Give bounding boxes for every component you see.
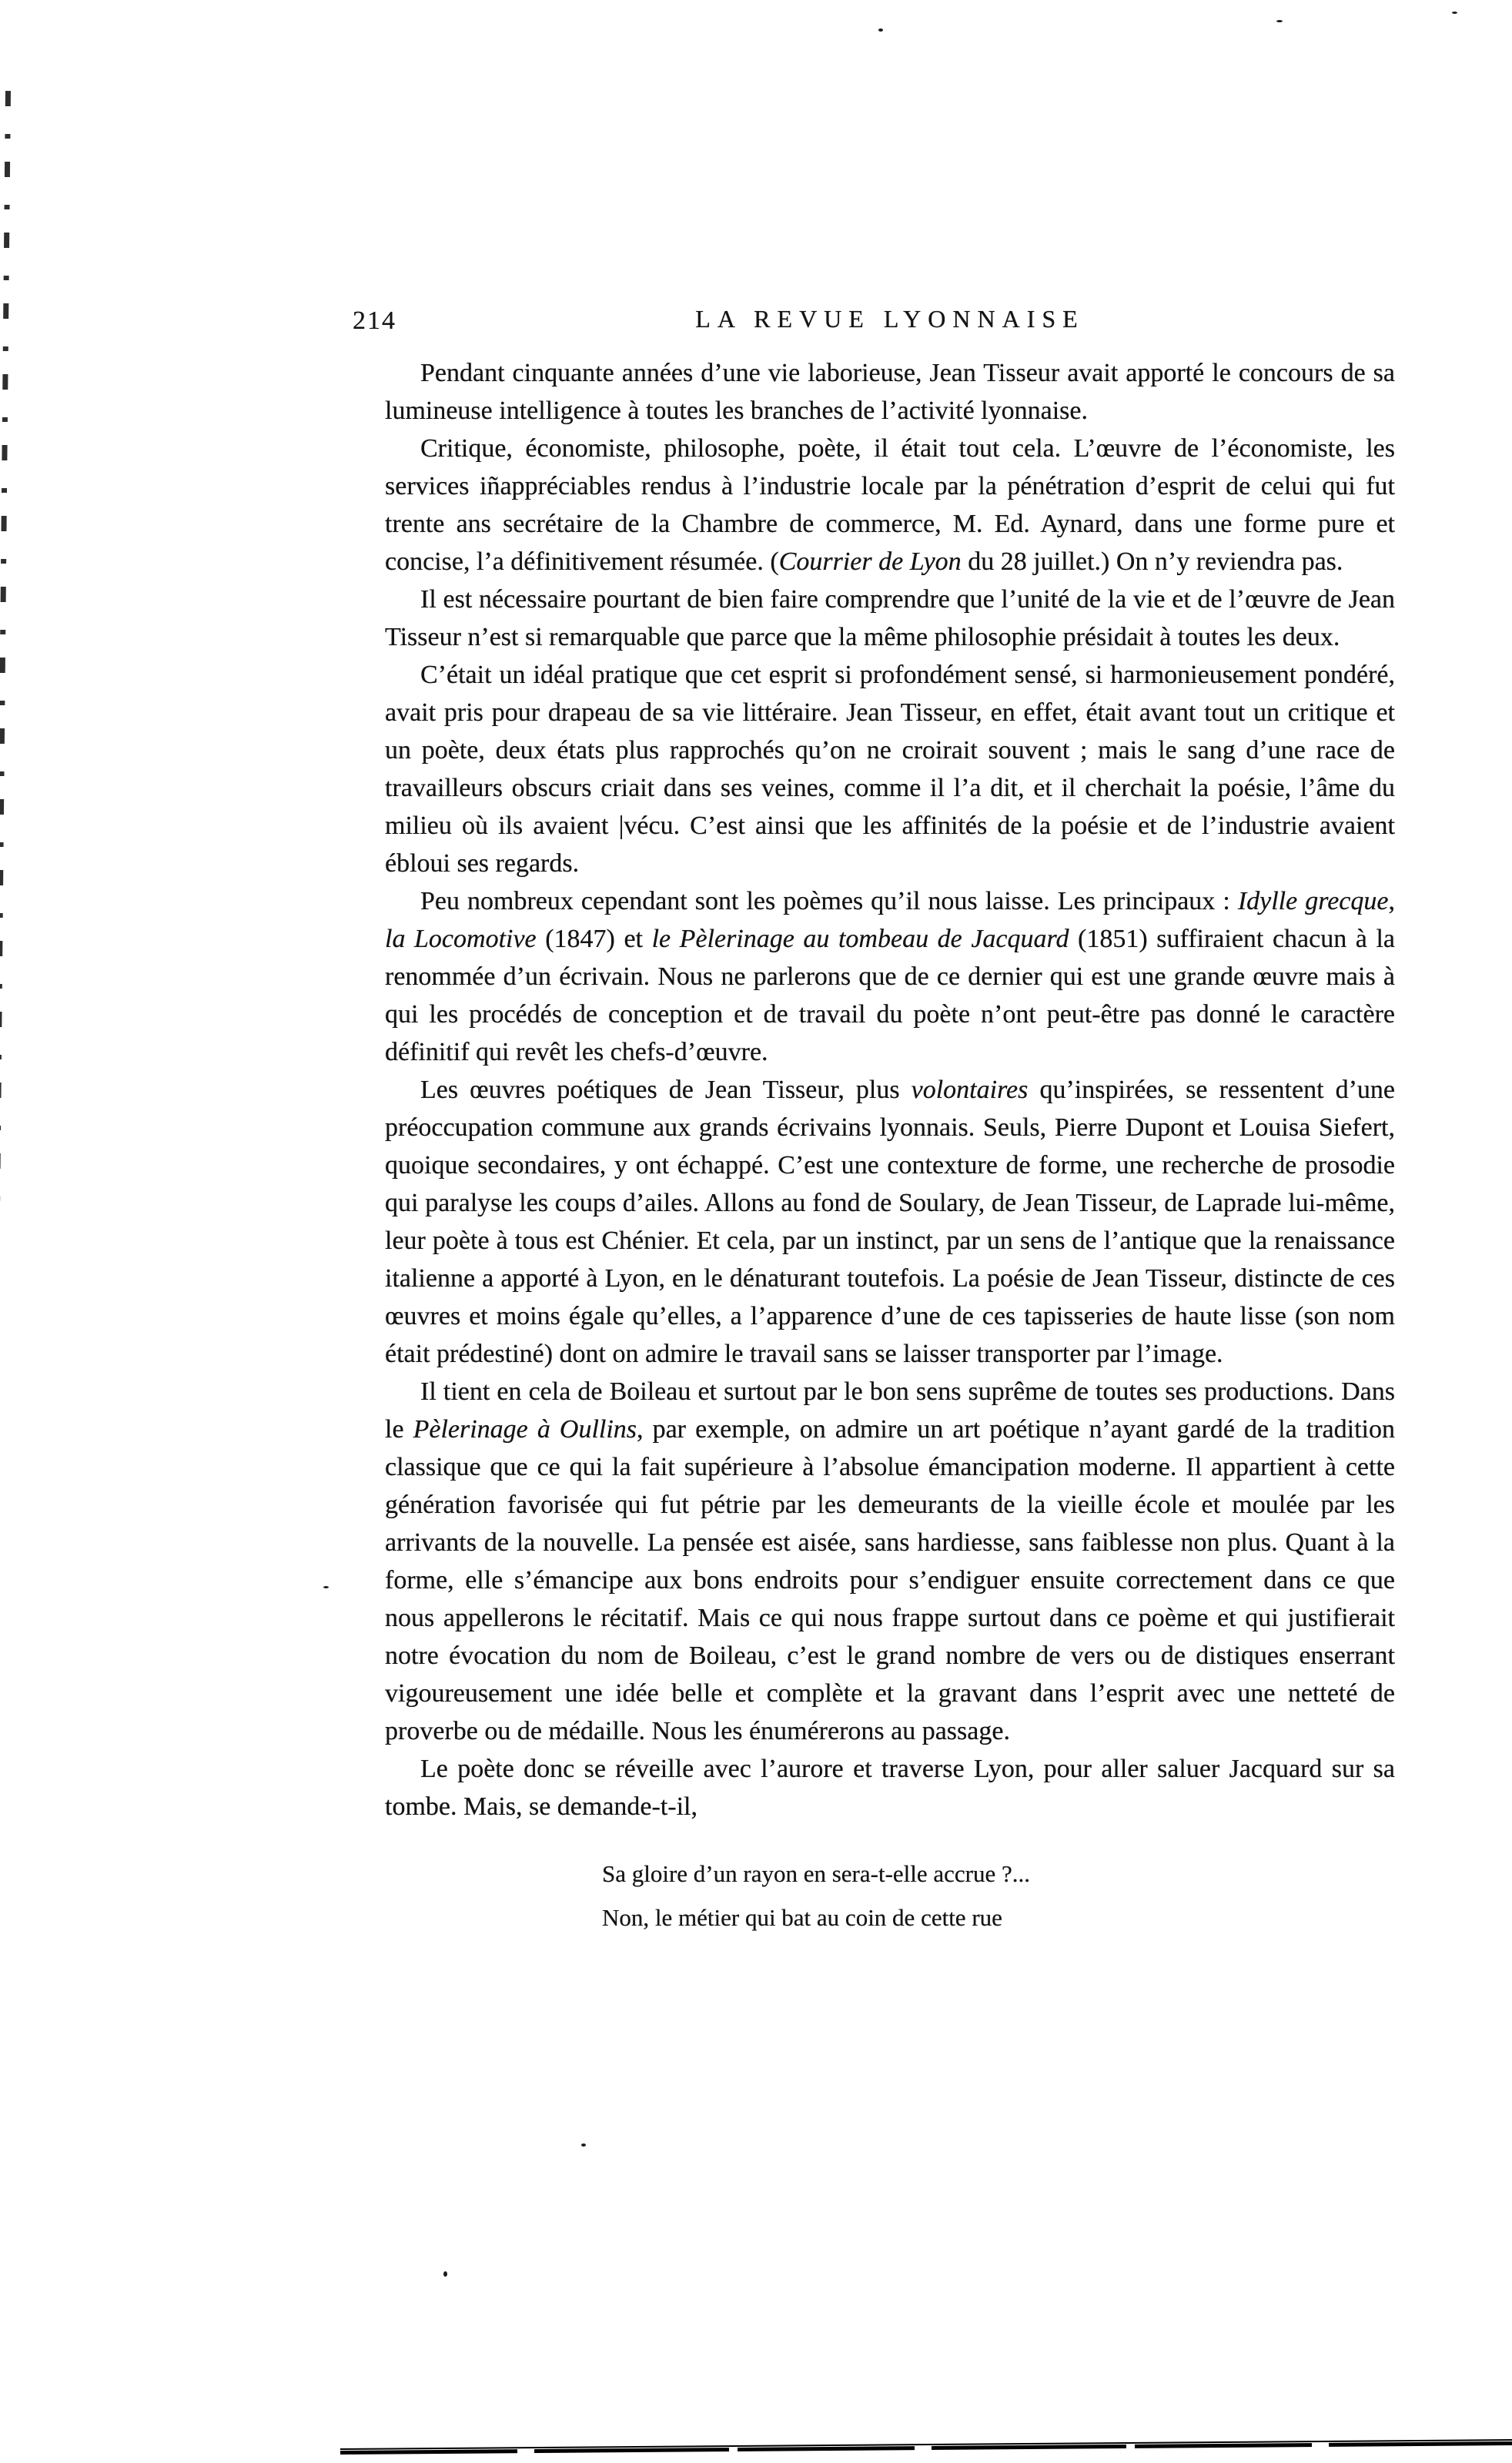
italic-text-run: la Locomotive <box>385 925 537 953</box>
left-margin-scan-artifact <box>0 91 11 2385</box>
text-run: (1847) et <box>537 925 652 953</box>
italic-text-run: Pèlerinage à Oullins <box>413 1415 637 1444</box>
paragraph: Le poète donc se réveille avec l’aurore … <box>385 1750 1395 1825</box>
running-head-title: LA REVUE LYONNAISE <box>385 305 1395 333</box>
text-run: qu’inspirées, se ressentent d’une préocc… <box>385 1076 1395 1368</box>
text-run: C’était un idéal pratique que cet esprit… <box>385 661 1395 878</box>
text-run: du 28 juillet.) On n’y reviendra pas. <box>962 547 1343 576</box>
italic-text-run: le Pèlerinage au tombeau de Jacquard <box>652 925 1069 953</box>
text-run: Pendant cinquante années d’une vie labor… <box>385 359 1395 425</box>
text-run: Il est nécessaire pourtant de bien faire… <box>385 585 1395 651</box>
text-run: Les œuvres poétiques de Jean Tisseur, pl… <box>420 1076 912 1104</box>
italic-text-run: Idylle grecque <box>1238 887 1389 915</box>
paragraph: Peu nombreux cependant sont les poèmes q… <box>385 882 1395 1071</box>
paragraph: C’était un idéal pratique que cet esprit… <box>385 656 1395 882</box>
scan-speck <box>443 2271 447 2277</box>
verse-block: Sa gloire d’un rayon en sera-t-elle accr… <box>602 1852 1395 1939</box>
text-run: , par exemple, on admire un art poétique… <box>385 1415 1395 1745</box>
scan-speck <box>581 2143 586 2147</box>
verse-line: Sa gloire d’un rayon en sera-t-elle accr… <box>602 1852 1395 1896</box>
text-run: Le poète donc se réveille avec l’aurore … <box>385 1755 1395 1821</box>
text-run: , <box>1389 887 1396 915</box>
paragraph: Critique, économiste, philosophe, poète,… <box>385 430 1395 581</box>
bottom-edge-scan-artifact <box>340 2439 1512 2455</box>
paragraph: Il tient en cela de Boileau et surtout p… <box>385 1373 1395 1750</box>
paragraph: Les œuvres poétiques de Jean Tisseur, pl… <box>385 1071 1395 1373</box>
scan-speck <box>1276 20 1283 22</box>
scan-speck <box>323 1586 329 1588</box>
italic-text-run: volontaires <box>912 1076 1029 1104</box>
italic-text-run: Courrier de Lyon <box>779 547 962 576</box>
paragraph: Pendant cinquante années d’une vie labor… <box>385 354 1395 430</box>
scan-speck <box>1452 12 1457 14</box>
scan-speck <box>878 28 883 32</box>
text-run: Peu nombreux cependant sont les poèmes q… <box>420 887 1238 915</box>
paragraph: Il est nécessaire pourtant de bien faire… <box>385 581 1395 656</box>
article-text: Pendant cinquante années d’une vie labor… <box>385 354 1395 1939</box>
verse-line: Non, le métier qui bat au coin de cette … <box>602 1896 1395 1939</box>
document-page: 214 LA REVUE LYONNAISE Pendant cinquante… <box>0 0 1512 2463</box>
